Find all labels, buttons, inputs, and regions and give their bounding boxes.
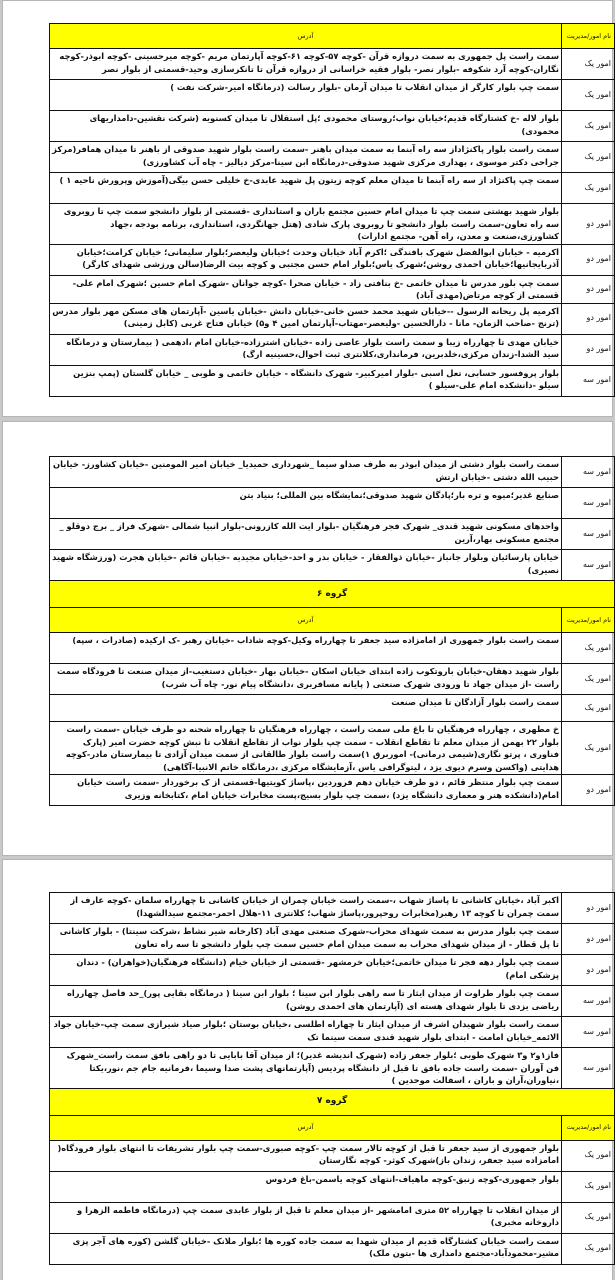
group-title: گروه ۷ xyxy=(50,1088,615,1115)
table-row: امور یکبلوار شهید دهقان-خیابان باروتکوب … xyxy=(50,664,615,695)
header-address: آدرس xyxy=(50,24,562,49)
dept-name-cell: امور دو xyxy=(562,334,615,365)
table-header-row: نام امور/مدیریتآدرس xyxy=(50,1115,615,1140)
table-row: امور سهصنایع غدیر؛میوه و تره بار؛پادگان … xyxy=(50,488,615,519)
table-row: امور دواکبر آباد ،خیابان کاشانی تا پاساژ… xyxy=(50,893,615,924)
address-cell: اکرمیه پل ریحانه الرسول --خیابان شهید مح… xyxy=(50,303,562,334)
dept-name-cell: امور یک xyxy=(562,1140,615,1171)
dept-name-cell: امور سه xyxy=(562,488,615,519)
address-cell: بلوار شهید دهقان-خیابان باروتکوب زاده اب… xyxy=(50,664,562,695)
address-cell: سمت چپ بلور مدرس تا میدان خاتمی -خ بنافت… xyxy=(50,275,562,303)
header-address: آدرس xyxy=(50,608,562,633)
table-row: امور سهخیابان پارسائیان وبلوار جانباز -خ… xyxy=(50,550,615,581)
dept-name-cell: امور سه xyxy=(562,457,615,488)
address-cell: بلوار پروفسور حسابی، تعل اسبی -بلوار امی… xyxy=(50,365,562,396)
outage-table-page-2: امور سهسمت راست بلوار دشتی از میدان ابوذ… xyxy=(49,456,615,806)
table-header-row: نام امور/مدیریتآدرس xyxy=(50,608,615,633)
table-row: امور یکخ مطهری ، چهارراه فرهنگیان تا باغ… xyxy=(50,722,615,775)
table-header-row: نام امور/مدیریت آدرس xyxy=(50,24,615,49)
table-row: امور یکسمت چپ بلوار کارگر از میدان انقلا… xyxy=(50,80,615,111)
table-row: امور سهسمت راست بلوار دشتی از میدان ابوذ… xyxy=(50,457,615,488)
table-row: امور سهسمت راست بلوار شهیدان اشرف از مید… xyxy=(50,1017,615,1048)
dept-name-cell: امور سه xyxy=(562,1017,615,1048)
table-row: امور یکسمت راست پل جمهوری به سمت دروازه … xyxy=(50,49,615,80)
address-cell: سمت چپ بلوار منتظر قائم ، دو طرف خیابان … xyxy=(50,775,562,806)
dept-name-cell: امور سه xyxy=(562,365,615,396)
address-cell: بلوار جمهوری از سید جعفر تا قبل از کوچه … xyxy=(50,1140,562,1171)
dept-name-cell: امور یک xyxy=(562,1202,615,1233)
dept-name-cell: امور یک xyxy=(562,1171,615,1202)
table-row: امور دوسمت چپ بلوار مدرس به سمت شهدای مح… xyxy=(50,924,615,955)
address-cell: سمت چپ بلوار دهه فجر تا میدان خاتمی؛خیاب… xyxy=(50,955,562,986)
dept-name-cell: امور یک xyxy=(562,722,615,775)
address-cell: اکبر آباد ،خیابان کاشانی تا پاساژ شهاب ،… xyxy=(50,893,562,924)
table-row: امور سهبلوار پروفسور حسابی، تعل اسبی -بل… xyxy=(50,365,615,396)
table-row: امور سهواحدهای مسکونی شهید قندی_ شهرک فج… xyxy=(50,519,615,550)
header-address: آدرس xyxy=(50,1115,562,1140)
table-row: امور سهسمت چپ بلوار طراوت از میدان ایثار… xyxy=(50,986,615,1017)
outage-table-page-3: امور دواکبر آباد ،خیابان کاشانی تا پاساژ… xyxy=(49,892,615,1265)
dept-name-cell: امور سه xyxy=(562,1048,615,1089)
address-cell: خیابان پارسائیان وبلوار جانباز -خیابان ذ… xyxy=(50,550,562,581)
table-row: امور سهفاز۱و۲ و۳ شهرک طوبی ؛بلوار جعفر ز… xyxy=(50,1048,615,1089)
table-row: امور یکسمت راست بلوار پاکنژاداز سه راه آ… xyxy=(50,142,615,173)
table-row: امور یکاز میدان انقلاب تا چهارراه ۵۲ متر… xyxy=(50,1202,615,1233)
dept-name-cell: امور یک xyxy=(562,1233,615,1264)
address-cell: سمت راست بلوار شهیدان اشرف از میدان ایثا… xyxy=(50,1017,562,1048)
address-cell: سمت راست بلوار آزادگان تا میدان صنعت xyxy=(50,695,562,722)
document-page-1: نام امور/مدیریت آدرس امور یکسمت راست پل … xyxy=(2,0,613,417)
dept-name-cell: امور سه xyxy=(562,519,615,550)
table-row: امور دواکرمیه پل ریحانه الرسول --خیابان … xyxy=(50,303,615,334)
address-cell: بلوار جمهوری-کوچه زنبق-کوچه ماهیاف-انتها… xyxy=(50,1171,562,1202)
address-cell: سمت راست پل جمهوری به سمت دروازه قرآن -ک… xyxy=(50,49,562,80)
dept-name-cell: امور یک xyxy=(562,633,615,664)
address-cell: سمت چپ بلوار کارگر از میدان انقلاب تا می… xyxy=(50,80,562,111)
dept-name-cell: امور یک xyxy=(562,111,615,142)
group-title-row: گروه ۶ xyxy=(50,581,615,608)
table-row: امور یکسمت راست بلوار جمهوری از امامزاده… xyxy=(50,633,615,664)
address-cell: سمت راست بلوار جمهوری از امامزاده سید جع… xyxy=(50,633,562,664)
table-row: امور یکبلوار لاله -خ کشتارگاه قدیم؛خیابا… xyxy=(50,111,615,142)
dept-name-cell: امور دو xyxy=(562,275,615,303)
table-row: امور یکسمت راست خیابان کشتارگاه قدیم از … xyxy=(50,1233,615,1264)
address-cell: خیابان مهدی تا چهارراه زیبا و سمت راست ب… xyxy=(50,334,562,365)
table-row: امور دوسمت چپ بلوار دهه فجر تا میدان خات… xyxy=(50,955,615,986)
address-cell: سمت چپ پاکنژاد از سه راه آبنما تا میدان … xyxy=(50,173,562,204)
dept-name-cell: امور دو xyxy=(562,924,615,955)
header-dept: نام امور/مدیریت xyxy=(562,24,615,49)
table-row: امور دوسمت چپ بلوار منتظر قائم ، دو طرف … xyxy=(50,775,615,806)
dept-name-cell: امور سه xyxy=(562,986,615,1017)
dept-name-cell: امور دو xyxy=(562,244,615,275)
table-row: امور دوبلوار شهید بهشتی سمت چپ تا میدان … xyxy=(50,204,615,245)
address-cell: صنایع غدیر؛میوه و تره بار؛پادگان شهید صد… xyxy=(50,488,562,519)
group-title-row: گروه ۷ xyxy=(50,1088,615,1115)
dept-name-cell: امور یک xyxy=(562,49,615,80)
address-cell: بلوار لاله -خ کشتارگاه قدیم؛خیابان نواب؛… xyxy=(50,111,562,142)
outage-table-page-1: نام امور/مدیریت آدرس امور یکسمت راست پل … xyxy=(49,23,615,397)
dept-name-cell: امور یک xyxy=(562,695,615,722)
dept-name-cell: امور یک xyxy=(562,80,615,111)
header-dept: نام امور/مدیریت xyxy=(562,608,615,633)
document-page-2: امور سهسمت راست بلوار دشتی از میدان ابوذ… xyxy=(2,421,613,856)
dept-name-cell: امور دو xyxy=(562,204,615,245)
address-cell: سمت راست بلوار پاکنژاداز سه راه آبنما به… xyxy=(50,142,562,173)
address-cell: بلوار شهید بهشتی سمت چپ تا میدان امام حس… xyxy=(50,204,562,245)
table-row: امور دوخیابان مهدی تا چهارراه زیبا و سمت… xyxy=(50,334,615,365)
table-row: امور دوسمت چپ بلور مدرس تا میدان خاتمی -… xyxy=(50,275,615,303)
group-title: گروه ۶ xyxy=(50,581,615,608)
address-cell: سمت چپ بلوار مدرس به سمت شهدای محراب-شهر… xyxy=(50,924,562,955)
dept-name-cell: امور یک xyxy=(562,664,615,695)
address-cell: واحدهای مسکونی شهید قندی_ شهرک فجر فرهنگ… xyxy=(50,519,562,550)
dept-name-cell: امور دو xyxy=(562,893,615,924)
table-row: امور یکبلوار جمهوری از سید جعفر تا قبل ا… xyxy=(50,1140,615,1171)
dept-name-cell: امور دو xyxy=(562,775,615,806)
table-row: امور دواکرمیه - خیابان ابوالفضل شهرک باف… xyxy=(50,244,615,275)
table-row: امور یکسمت چپ پاکنژاد از سه راه آبنما تا… xyxy=(50,173,615,204)
address-cell: فاز۱و۲ و۳ شهرک طوبی ؛بلوار جعفر زاده (شه… xyxy=(50,1048,562,1089)
address-cell: خ مطهری ، چهارراه فرهنگیان تا باغ ملی سم… xyxy=(50,722,562,775)
dept-name-cell: امور دو xyxy=(562,955,615,986)
document-page-3: امور دواکبر آباد ،خیابان کاشانی تا پاساژ… xyxy=(2,859,613,1280)
dept-name-cell: امور سه xyxy=(562,550,615,581)
table-row: امور یکسمت راست بلوار آزادگان تا میدان ص… xyxy=(50,695,615,722)
dept-name-cell: امور دو xyxy=(562,303,615,334)
address-cell: سمت چپ بلوار طراوت از میدان ایثار تا سه … xyxy=(50,986,562,1017)
address-cell: سمت راست بلوار دشتی از میدان ابوذر به طر… xyxy=(50,457,562,488)
address-cell: اکرمیه - خیابان ابوالفضل شهرک بافندگی ؛ا… xyxy=(50,244,562,275)
header-dept: نام امور/مدیریت xyxy=(562,1115,615,1140)
table-row: امور یکبلوار جمهوری-کوچه زنبق-کوچه ماهیا… xyxy=(50,1171,615,1202)
address-cell: سمت راست خیابان کشتارگاه قدیم از میدان ش… xyxy=(50,1233,562,1264)
dept-name-cell: امور یک xyxy=(562,142,615,173)
address-cell: از میدان انقلاب تا چهارراه ۵۲ متری امامش… xyxy=(50,1202,562,1233)
dept-name-cell: امور یک xyxy=(562,173,615,204)
